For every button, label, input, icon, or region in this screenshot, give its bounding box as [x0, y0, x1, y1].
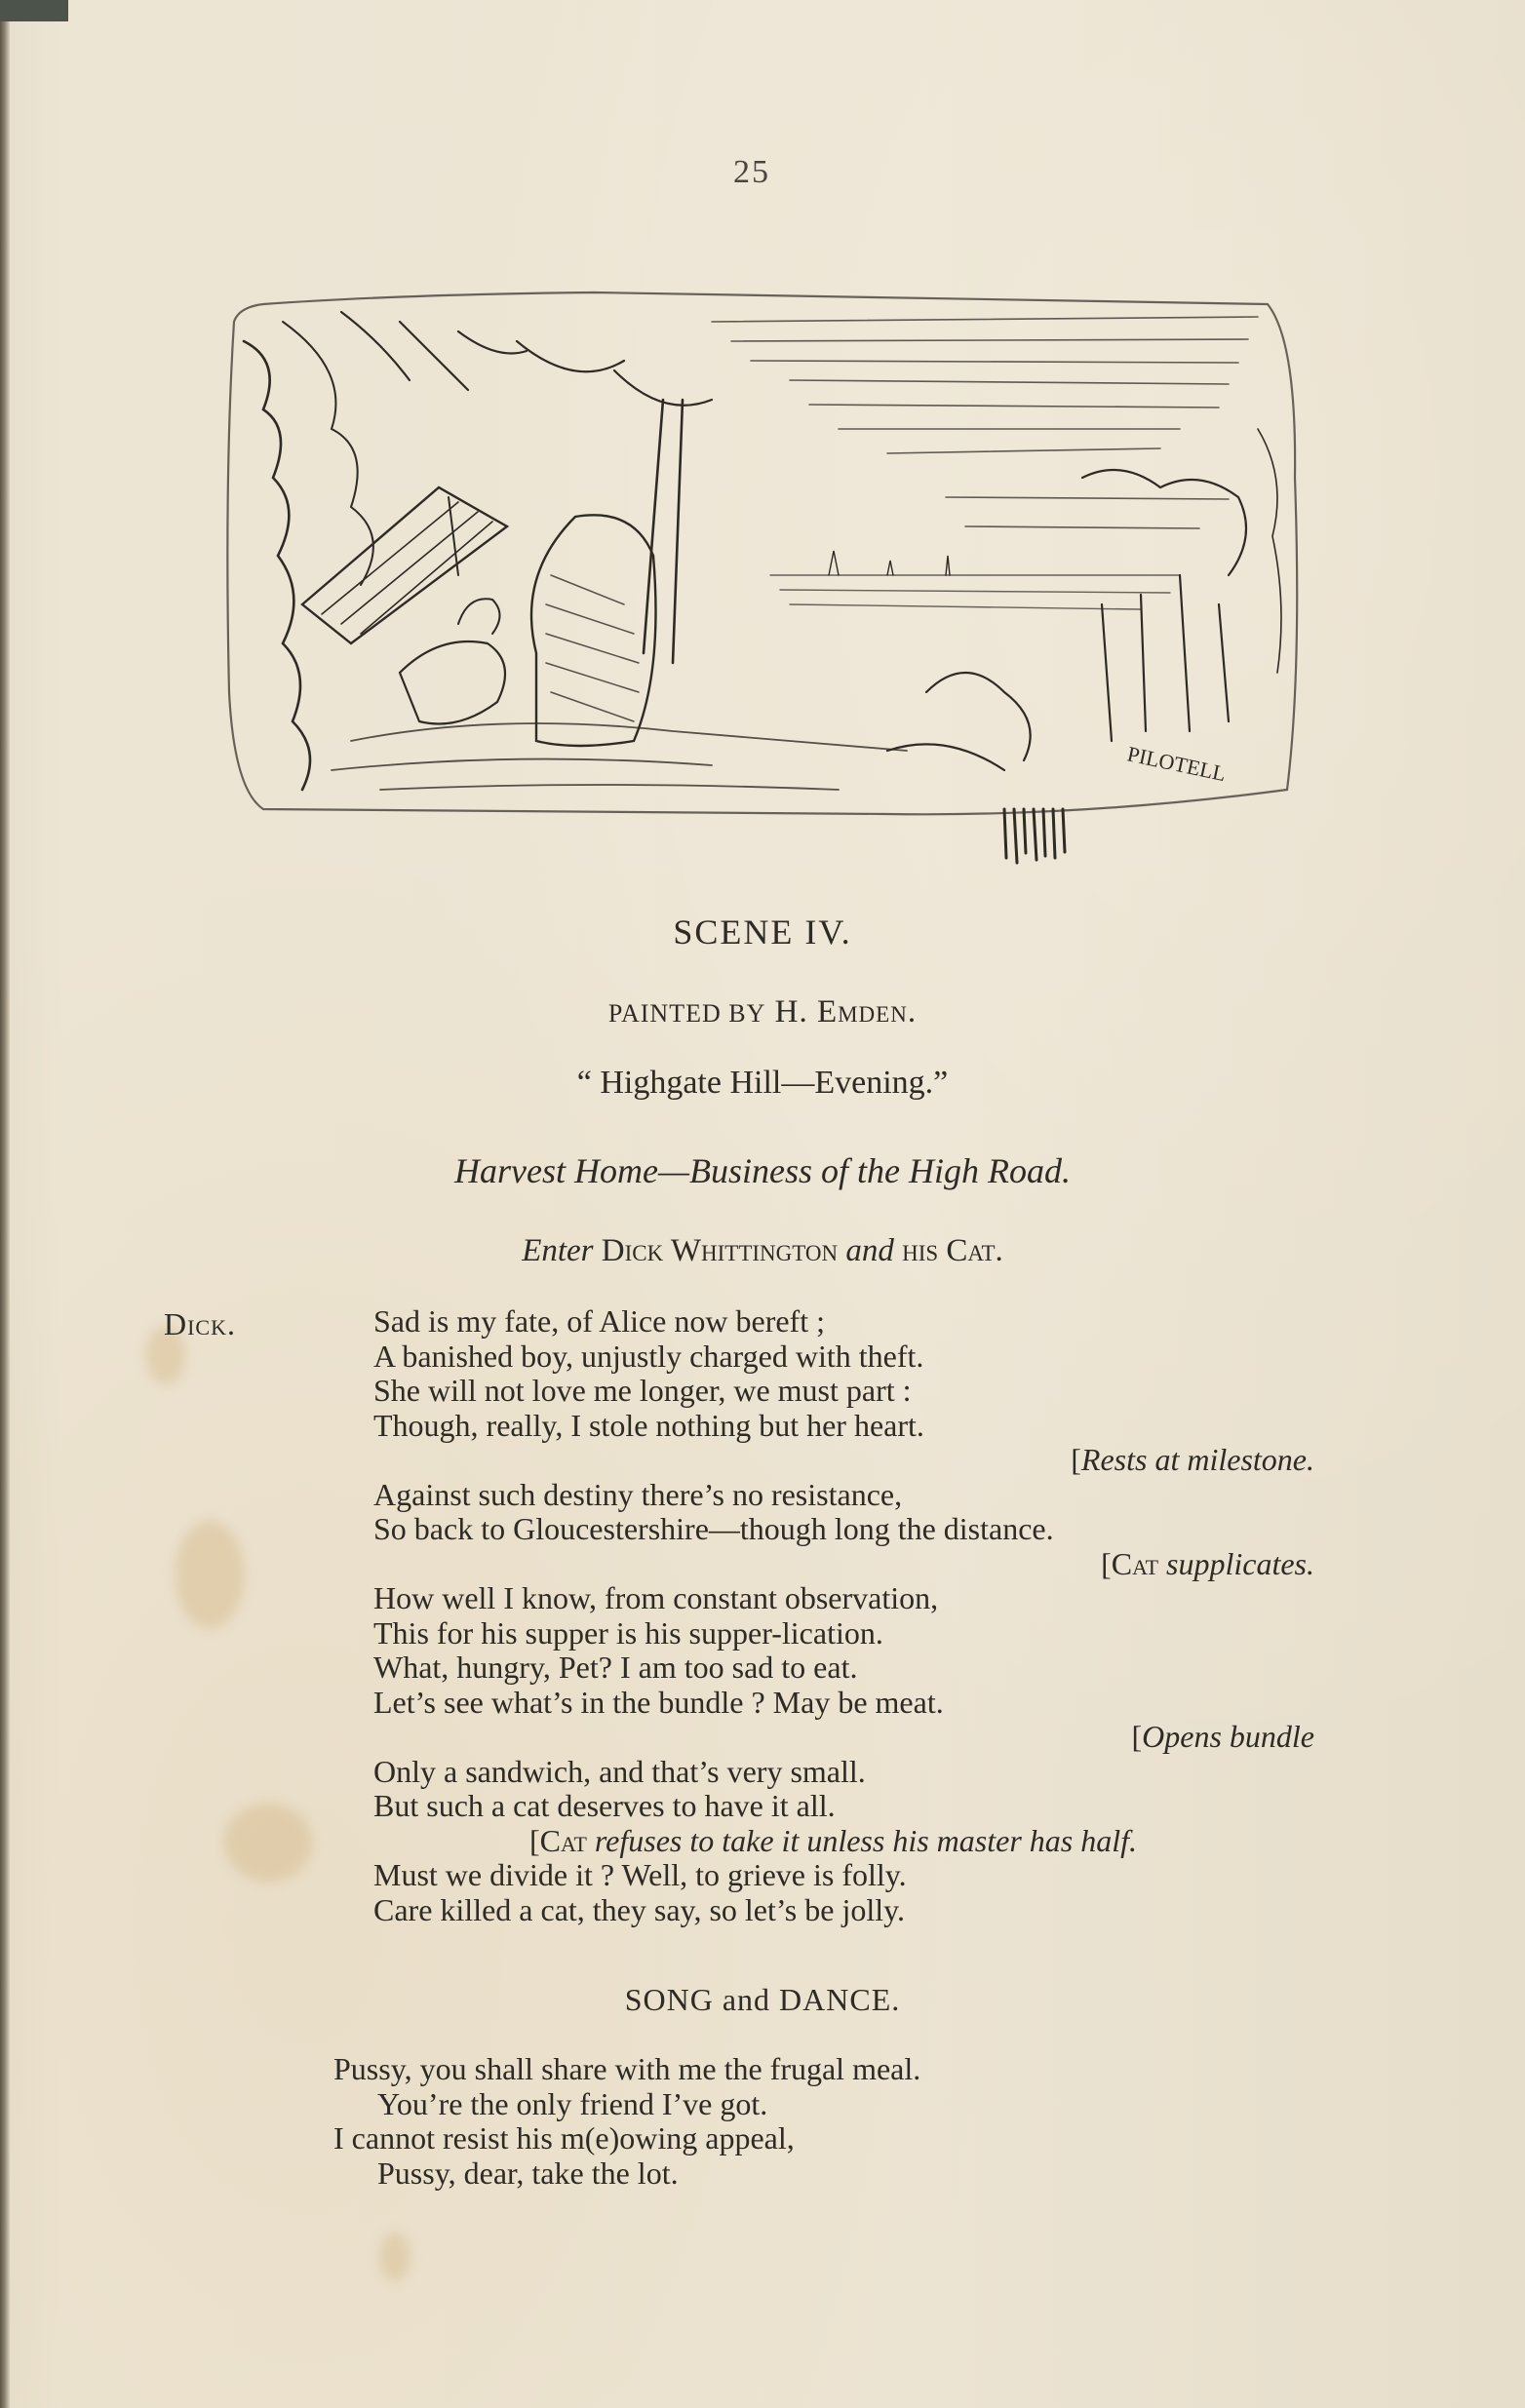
entering-character: Dick Whittington — [602, 1233, 838, 1268]
scan-background-strip — [0, 0, 68, 21]
entering-companion: his Cat. — [902, 1233, 1003, 1268]
scene-setting: Harvest Home—Business of the High Road. — [0, 1150, 1525, 1191]
verse-line: She will not love me longer, we must par… — [373, 1374, 1339, 1409]
ink-drawing-icon: PILOTELL — [205, 283, 1307, 868]
scene-illustration: PILOTELL — [205, 283, 1307, 868]
stage-direction: [Cat refuses to take it unless his maste… — [373, 1824, 1339, 1859]
verse-line: Only a sandwich, and that’s very small. — [373, 1755, 1339, 1790]
stage-direction: [Cat supplicates. — [373, 1547, 1339, 1582]
verse-line: Though, really, I stole nothing but her … — [373, 1409, 1339, 1444]
painted-by-label: Painted by — [608, 999, 765, 1028]
lyric-line: You’re the only friend I’ve got. — [333, 2087, 920, 2122]
verse-line: This for his supper is his supper-licati… — [373, 1616, 1339, 1651]
verse-line: A banished boy, unjustly charged with th… — [373, 1340, 1339, 1375]
scene-location: “ Highgate Hill—Evening.” — [0, 1065, 1525, 1102]
verse-line: Against such destiny there’s no resistan… — [373, 1478, 1339, 1513]
scene-title: SCENE IV. — [0, 912, 1525, 952]
verse-line: But such a cat deserves to have it all. — [373, 1789, 1339, 1824]
stage-entrance: Enter Dick Whittington and his Cat. — [0, 1233, 1525, 1269]
verse-line: Sad is my fate, of Alice now bereft ; — [373, 1304, 1339, 1340]
lyric-line: Pussy, you shall share with me the fruga… — [333, 2052, 920, 2087]
lyric-line: I cannot resist his m(e)owing appeal, — [333, 2121, 920, 2156]
verse-line: Let’s see what’s in the bundle ? May be … — [373, 1686, 1339, 1721]
svg-text:PILOTELL: PILOTELL — [1125, 741, 1229, 786]
verse-line: Must we divide it ? Well, to grieve is f… — [373, 1858, 1339, 1893]
stage-direction: [Rests at milestone. — [373, 1443, 1339, 1478]
painter-name: H. Emden. — [775, 994, 917, 1029]
verse-line: Care killed a cat, they say, so let’s be… — [373, 1893, 1339, 1928]
verse-line: So back to Gloucestershire—though long t… — [373, 1512, 1339, 1547]
stage-direction: [Opens bundle — [373, 1720, 1339, 1755]
enter-word: Enter — [522, 1233, 593, 1268]
page-number: 25 — [733, 154, 770, 191]
song-title: SONG and DANCE. — [0, 1982, 1525, 2018]
dick-speech: Sad is my fate, of Alice now bereft ; A … — [373, 1304, 1339, 1927]
foxing-stain — [176, 1521, 244, 1628]
foxing-stain — [224, 1804, 312, 1882]
verse-line: What, hungry, Pet? I am too sad to eat. — [373, 1651, 1339, 1686]
painter-credit: Painted by H. Emden. — [0, 994, 1525, 1030]
binding-edge — [0, 0, 10, 2408]
speaker-name: Dick. — [164, 1306, 236, 1342]
book-page: 25 — [0, 0, 1525, 2408]
foxing-stain — [380, 2233, 410, 2281]
and-word: and — [845, 1233, 894, 1268]
lyric-line: Pussy, dear, take the lot. — [333, 2156, 920, 2192]
verse-line: How well I know, from constant observati… — [373, 1581, 1339, 1616]
song-lyrics: Pussy, you shall share with me the fruga… — [333, 2052, 920, 2191]
